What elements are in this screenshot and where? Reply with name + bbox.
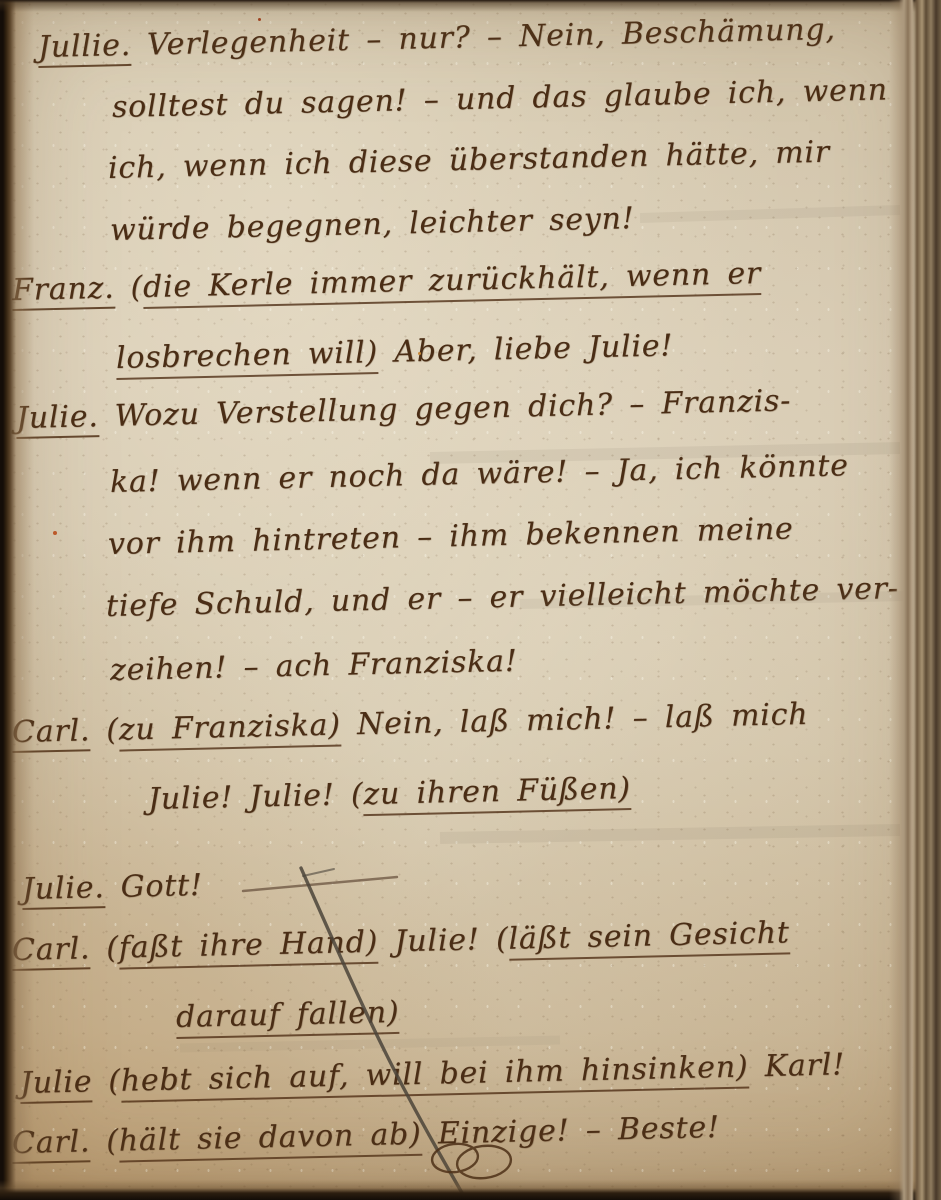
page-stack-edge-right (889, 0, 941, 1200)
page-edge-bottom (0, 1180, 941, 1200)
manuscript-page: Jullie.Verlegenheit – nur? – Nein, Besch… (0, 0, 941, 1200)
page-edge-top (0, 0, 941, 12)
binding-edge-left (0, 0, 34, 1200)
page-vignette (0, 0, 941, 1200)
